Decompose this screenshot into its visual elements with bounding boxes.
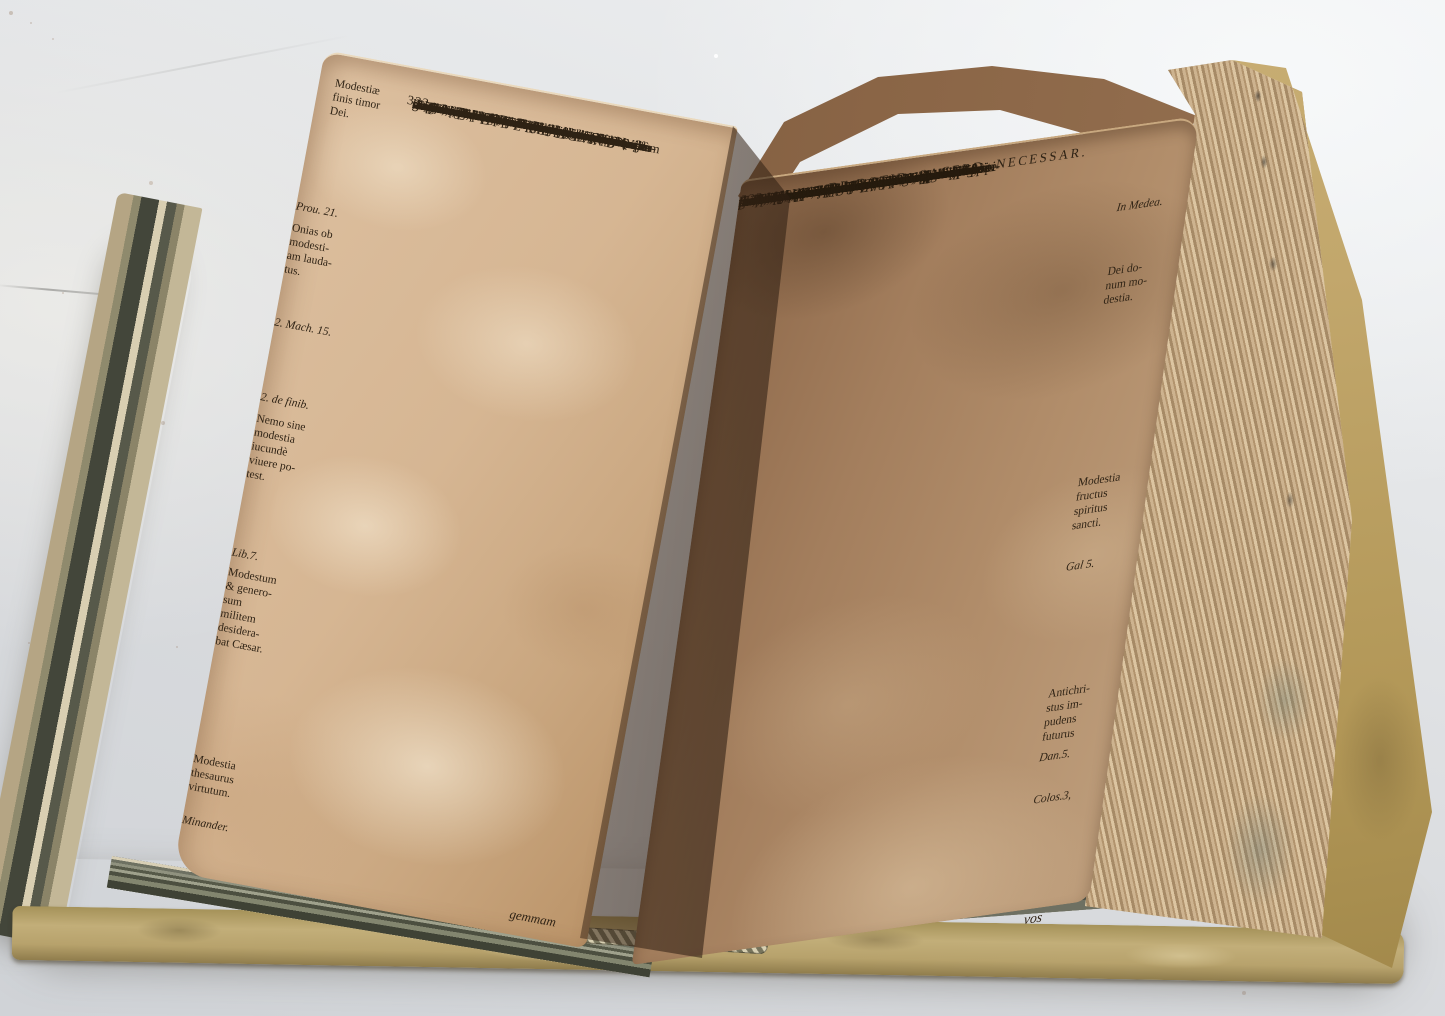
body-text-line: gitur diues religiosus est, qui pretiosa…: [411, 93, 643, 157]
right-margin-notes: In Medea.Dei do- num mo- destia.Modestia…: [1126, 128, 1197, 138]
margin-note: Antichri- stus im- pudens futurus: [1041, 681, 1091, 745]
margin-note: Prou. 21.: [295, 199, 340, 221]
margin-note: Onias ob modesti- am lauda- tus.: [283, 221, 338, 284]
dust-specks: [0, 0, 2, 2]
catchword: vos: [1023, 909, 1044, 928]
margin-note: Lib.7.: [231, 546, 260, 565]
photo-of-antique-book: Modestiæ finis timor Dei. 332 LIBER SECV…: [0, 0, 1445, 1016]
catchword: gemmam: [508, 906, 557, 930]
margin-note: 2. de finib.: [259, 390, 310, 413]
margin-note: In Medea.: [1116, 194, 1164, 215]
margin-note: Dei do- num mo- destia.: [1103, 259, 1151, 308]
left-page-header: Modestiæ finis timor Dei. 332 LIBER SECV…: [330, 78, 336, 111]
margin-note: 2. Mach. 15.: [273, 315, 332, 339]
margin-note: Modestia fructus spiritus sancti.: [1071, 470, 1122, 534]
margin-note: Colos.3,: [1032, 788, 1072, 808]
margin-note: Minander.: [181, 813, 230, 835]
margin-note: Gal 5.: [1065, 556, 1095, 574]
margin-note: Dan.5.: [1038, 747, 1071, 766]
margin-note: Modestia thesaurus virtutum.: [187, 752, 237, 801]
